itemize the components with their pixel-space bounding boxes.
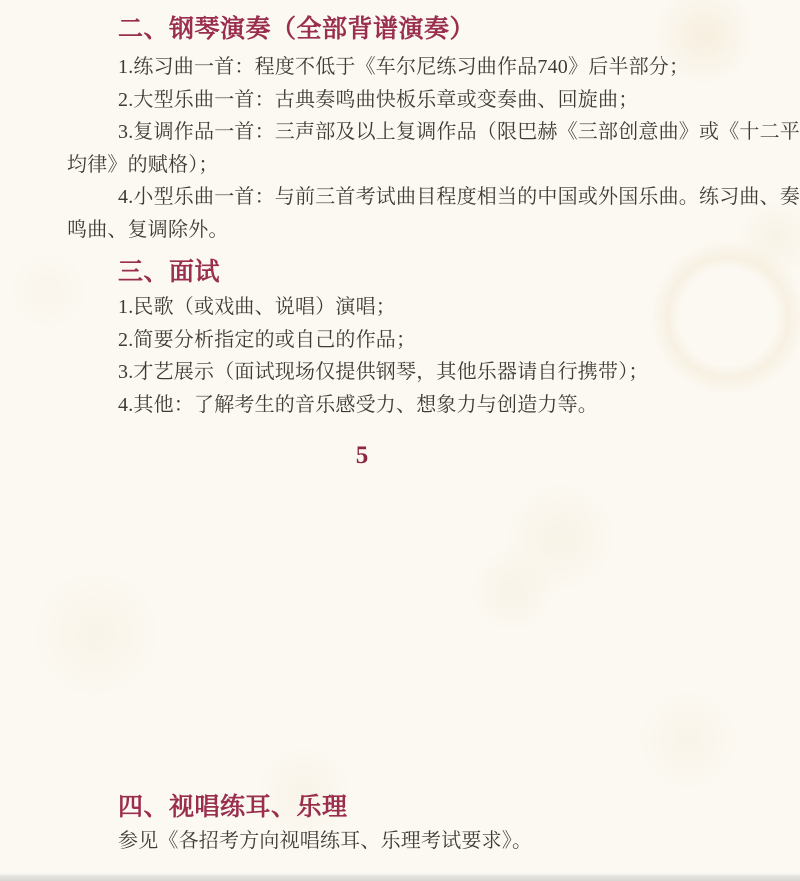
- page-bottom-edge: [0, 873, 800, 881]
- text-line-large-piece-requirement: 2.大型乐曲一首：古典奏鸣曲快板乐章或变奏曲、回旋曲；: [118, 89, 638, 112]
- text-line-small-piece-requirement-cont: 鸣曲、复调除外。: [67, 219, 229, 242]
- section-heading-interview: 三、面试: [118, 259, 220, 287]
- text-line-see-reference: 参见《各招考方向视唱练耳、乐理考试要求》。: [118, 830, 532, 853]
- text-line-analysis: 2.简要分析指定的或自己的作品；: [118, 329, 416, 352]
- page-number: 5: [0, 443, 724, 469]
- text-line-etude-requirement: 1.练习曲一首：程度不低于《车尔尼练习曲作品740》后半部分；: [118, 56, 689, 79]
- text-line-polyphony-requirement: 3.复调作品一首：三声部及以上复调作品（限巴赫《三部创意曲》或《十二平: [118, 121, 800, 144]
- text-line-folk-song: 1.民歌（或戏曲、说唱）演唱；: [118, 296, 396, 319]
- section-heading-ear-training-theory: 四、视唱练耳、乐理: [118, 794, 348, 822]
- text-line-polyphony-requirement-cont: 均律》的赋格）；: [67, 154, 219, 177]
- document-page: 二、钢琴演奏（全部背谱演奏） 1.练习曲一首：程度不低于《车尔尼练习曲作品740…: [0, 0, 800, 881]
- text-line-other-abilities: 4.其他：了解考生的音乐感受力、想象力与创造力等。: [118, 394, 598, 417]
- text-line-talent-show: 3.才艺展示（面试现场仅提供钢琴，其他乐器请自行携带）；: [118, 361, 649, 384]
- text-line-small-piece-requirement: 4.小型乐曲一首：与前三首考试曲目程度相当的中国或外国乐曲。练习曲、奏: [118, 186, 800, 209]
- section-heading-piano-performance: 二、钢琴演奏（全部背谱演奏）: [118, 16, 475, 44]
